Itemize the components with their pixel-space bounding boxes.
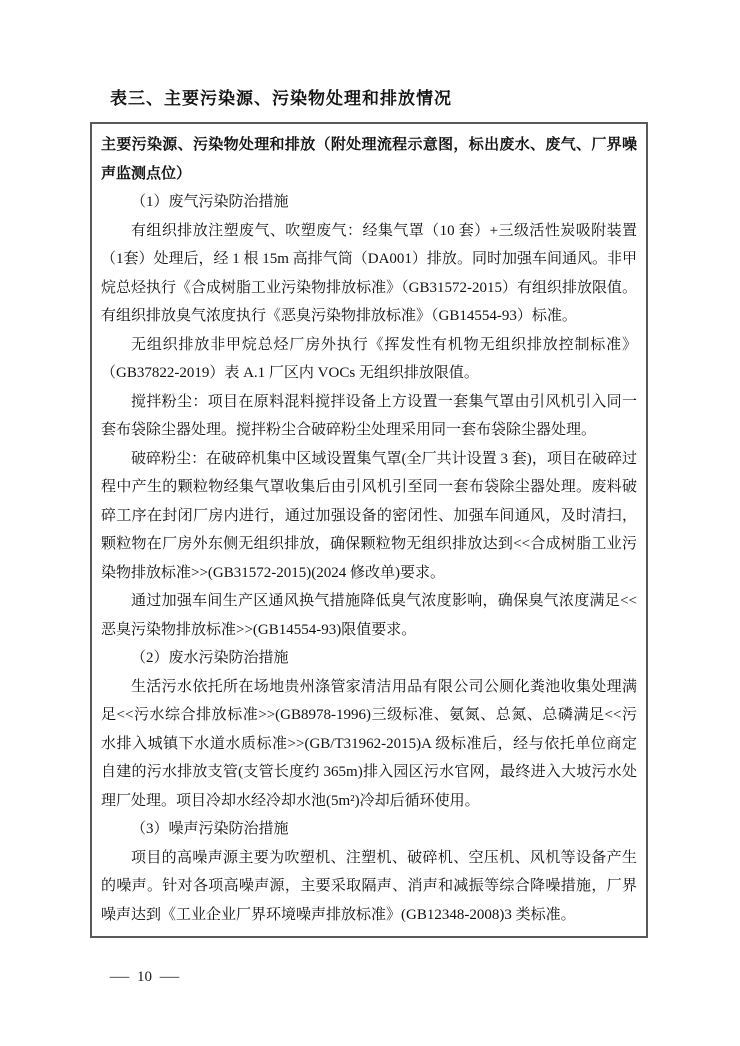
table-body: （1）废气污染防治措施有组织排放注塑废气、吹塑废气：经集气罩（10 套）+三级活…: [101, 188, 637, 929]
body-paragraph: 有组织排放注塑废气、吹塑废气：经集气罩（10 套）+三级活性炭吸附装置（1套）处…: [101, 217, 637, 331]
document-page: 表三、主要污染源、污染物处理和排放情况 主要污染源、污染物处理和排放（附处理流程…: [0, 0, 740, 1046]
page-footer: — 10 —: [112, 969, 177, 986]
report-table: 主要污染源、污染物处理和排放（附处理流程示意图，标出废水、废气、厂界噪声监测点位…: [90, 122, 648, 938]
body-paragraph: 项目的高噪声源主要为吹塑机、注塑机、破碎机、空压机、风机等设备产生的噪声。针对各…: [101, 844, 637, 930]
page-number: 10: [137, 969, 152, 986]
section-heading-2: （2）废水污染防治措施: [101, 644, 637, 673]
body-paragraph: 通过加强车间生产区通风换气措施降低臭气浓度影响，确保臭气浓度满足<<恶臭污染物排…: [101, 587, 637, 644]
body-paragraph: 破碎粉尘：在破碎机集中区域设置集气罩(全厂共计设置 3 套)，项目在破碎过程中产…: [101, 445, 637, 588]
table-header: 主要污染源、污染物处理和排放（附处理流程示意图，标出废水、废气、厂界噪声监测点位…: [101, 131, 637, 188]
body-paragraph: 生活污水依托所在场地贵州涤管家清洁用品有限公司公厕化粪池收集处理满足<<污水综合…: [101, 673, 637, 816]
footer-dash-left: —: [110, 969, 130, 986]
page-title: 表三、主要污染源、污染物处理和排放情况: [110, 84, 452, 109]
section-heading-3: （3）噪声污染防治措施: [101, 815, 637, 844]
body-paragraph: 搅拌粉尘：项目在原料混料搅拌设备上方设置一套集气罩由引风机引入同一套布袋除尘器处…: [101, 388, 637, 445]
footer-dash-right: —: [160, 969, 180, 986]
section-heading-1: （1）废气污染防治措施: [101, 188, 637, 217]
body-paragraph: 无组织排放非甲烷总烃厂房外执行《挥发性有机物无组织排放控制标准》（GB37822…: [101, 331, 637, 388]
